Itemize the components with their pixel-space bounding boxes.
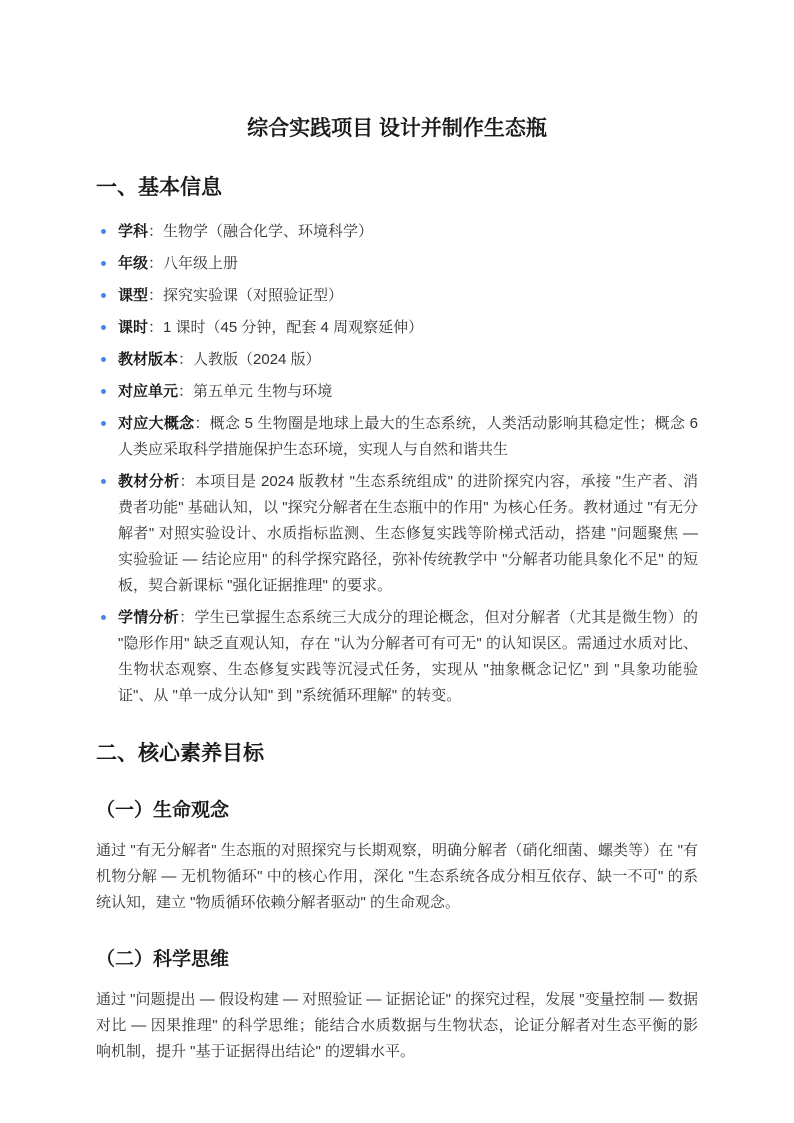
bullet-icon [101, 615, 106, 620]
item-label: 学情分析 [118, 609, 179, 626]
document-title: 综合实践项目 设计并制作生态瓶 [96, 115, 698, 143]
item-label: 学科 [118, 223, 148, 240]
list-item-learner-analysis: 学情分析：学生已掌握生态系统三大成分的理论概念，但对分解者（尤其是微生物）的 "… [96, 605, 698, 709]
list-item-class-hours: 课时：1 课时（45 分钟，配套 4 周观察延伸） [96, 315, 698, 341]
item-separator: ： [178, 351, 193, 368]
subsection-heading-scientific-thinking: （二）科学思维 [96, 946, 698, 973]
bullet-icon [101, 389, 106, 394]
bullet-icon [101, 357, 106, 362]
basic-info-list: 学科：生物学（融合化学、环境科学） 年级：八年级上册 课型：探究实验课（对照验证… [96, 219, 698, 709]
bullet-icon [101, 421, 106, 426]
item-label: 年级 [118, 255, 148, 272]
bullet-icon [101, 479, 106, 484]
paragraph-life-concept: 通过 "有无分解者" 生态瓶的对照探究与长期观察，明确分解者（硝化细菌、螺类等）… [96, 838, 698, 916]
item-label: 对应大概念 [118, 415, 194, 432]
list-item-textbook-analysis: 教材分析：本项目是 2024 版教材 "生态系统组成" 的进阶探究内容，承接 "… [96, 469, 698, 599]
document-page: 综合实践项目 设计并制作生态瓶 一、基本信息 学科：生物学（融合化学、环境科学）… [0, 0, 794, 1123]
item-label: 课时 [118, 319, 148, 336]
item-text: 1 课时（45 分钟，配套 4 周观察延伸） [163, 319, 423, 336]
item-separator: ： [148, 287, 163, 304]
item-text: 八年级上册 [163, 255, 238, 272]
list-item-unit: 对应单元：第五单元 生物与环境 [96, 379, 698, 405]
list-item-textbook-edition: 教材版本：人教版（2024 版） [96, 347, 698, 373]
item-separator: ： [148, 223, 163, 240]
subsection-heading-life-concept: （一）生命观念 [96, 797, 698, 824]
item-text: 探究实验课（对照验证型） [163, 287, 343, 304]
item-text: 学生已掌握生态系统三大成分的理论概念，但对分解者（尤其是微生物）的 "隐形作用"… [118, 609, 698, 704]
bullet-icon [101, 325, 106, 330]
item-label: 教材分析 [118, 473, 180, 490]
item-separator: ： [194, 415, 209, 432]
item-separator: ： [178, 383, 193, 400]
list-item-big-concepts: 对应大概念：概念 5 生物圈是地球上最大的生态系统，人类活动影响其稳定性；概念 … [96, 411, 698, 463]
item-label: 课型 [118, 287, 148, 304]
item-text: 人教版（2024 版） [193, 351, 321, 368]
paragraph-scientific-thinking: 通过 "问题提出 — 假设构建 — 对照验证 — 证据论证" 的探究过程，发展 … [96, 987, 698, 1065]
item-separator: ： [179, 609, 194, 626]
item-separator: ： [148, 255, 163, 272]
list-item-lesson-type: 课型：探究实验课（对照验证型） [96, 283, 698, 309]
section-heading-core-literacy: 二、核心素养目标 [96, 739, 698, 769]
item-text: 第五单元 生物与环境 [193, 383, 332, 400]
item-separator: ： [148, 319, 163, 336]
item-separator: ： [180, 473, 195, 490]
bullet-icon [101, 229, 106, 234]
item-label: 对应单元 [118, 383, 178, 400]
item-label: 教材版本 [118, 351, 178, 368]
bullet-icon [101, 261, 106, 266]
list-item-subject: 学科：生物学（融合化学、环境科学） [96, 219, 698, 245]
section-heading-basic-info: 一、基本信息 [96, 173, 698, 203]
item-text: 生物学（融合化学、环境科学） [163, 223, 373, 240]
list-item-grade: 年级：八年级上册 [96, 251, 698, 277]
item-text: 本项目是 2024 版教材 "生态系统组成" 的进阶探究内容，承接 "生产者、消… [118, 473, 698, 594]
bullet-icon [101, 293, 106, 298]
